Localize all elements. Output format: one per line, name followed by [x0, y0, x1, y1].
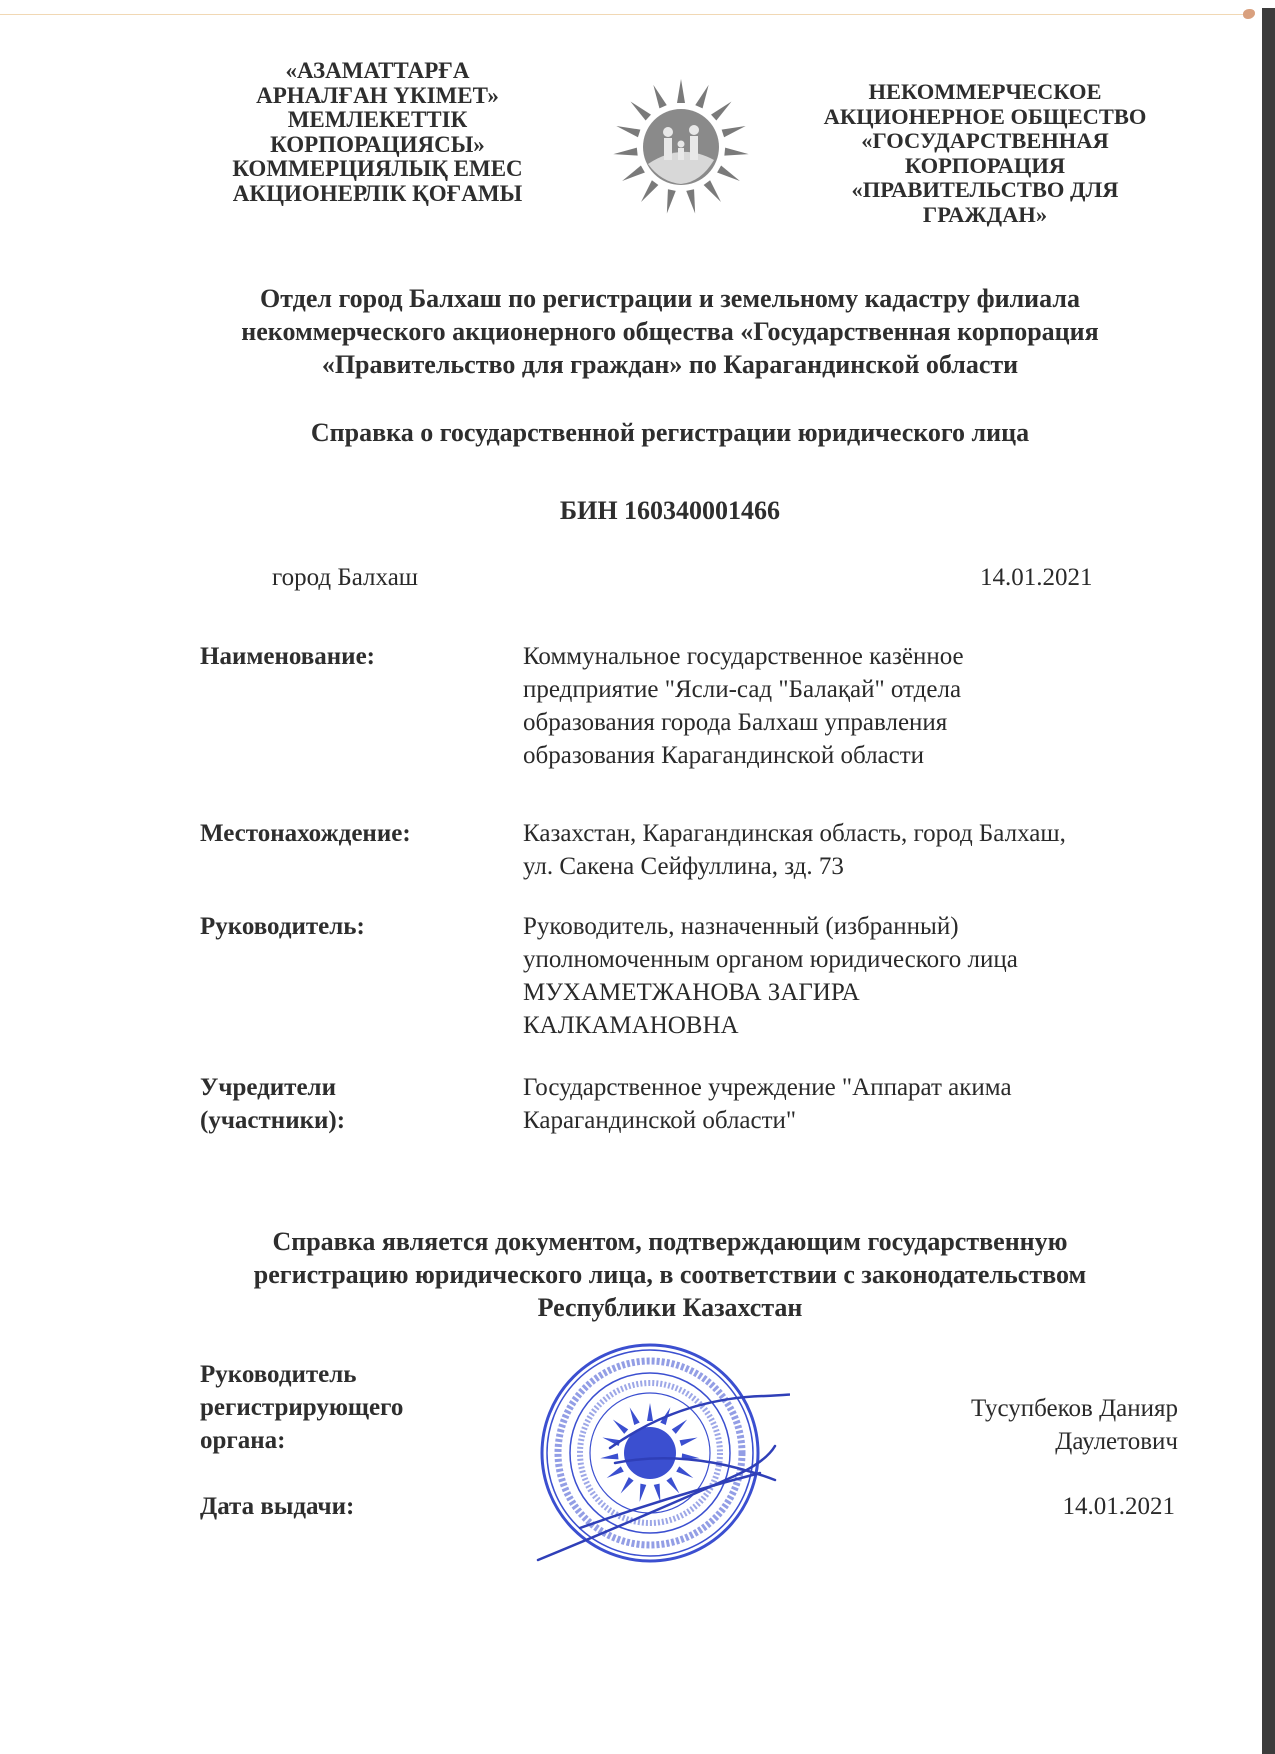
scan-top-edge-line — [0, 14, 1255, 15]
head-value-line: КАЛКАМАНОВНА — [523, 1009, 1143, 1042]
signatory-name-line: Тусупбеков Данияр — [971, 1392, 1178, 1425]
document-city: город Балхаш — [272, 564, 418, 592]
header-right-line: «ГОСУДАРСТВЕННАЯ — [790, 129, 1180, 154]
department-line: некоммерческого акционерного общества «Г… — [170, 315, 1170, 348]
legal-note: Справка является документом, подтверждаю… — [170, 1225, 1170, 1324]
founders-label-line: (участники): — [200, 1104, 345, 1137]
signatory-label: Руководитель регистрирующего органа: — [200, 1358, 403, 1457]
issue-date-label: Дата выдачи: — [200, 1493, 354, 1521]
department-line: Отдел город Балхаш по регистрации и земе… — [170, 282, 1170, 315]
signatory-name: Тусупбеков Данияр Даулетович — [971, 1392, 1178, 1458]
name-value: Коммунальное государственное казённое пр… — [523, 640, 1143, 772]
signatory-label-line: органа: — [200, 1424, 403, 1457]
issue-date-value: 14.01.2021 — [1063, 1493, 1176, 1521]
header-right-line: НЕКОММЕРЧЕСКОЕ — [790, 80, 1180, 105]
sun-family-logo-icon — [606, 72, 756, 222]
head-value-line: МУХАМЕТЖАНОВА ЗАГИРА — [523, 976, 1143, 1009]
legal-note-line: регистрацию юридического лица, в соответ… — [170, 1258, 1170, 1291]
bin-number: БИН 160340001466 — [170, 496, 1170, 526]
department-line: «Правительство для граждан» по Караганди… — [170, 348, 1170, 381]
founders-value: Государственное учреждение "Аппарат аким… — [523, 1071, 1143, 1137]
location-value-line: ул. Сакена Сейфуллина, зд. 73 — [523, 850, 1143, 883]
signatory-label-line: Руководитель — [200, 1358, 403, 1391]
official-stamp-icon — [520, 1328, 790, 1598]
header-right-line: ГРАЖДАН» — [790, 203, 1180, 228]
header-right-line: АКЦИОНЕРНОЕ ОБЩЕСТВО — [790, 105, 1180, 130]
founders-value-line: Карагандинской области" — [523, 1104, 1143, 1137]
head-value: Руководитель, назначенный (избранный) уп… — [523, 910, 1143, 1042]
signatory-label-line: регистрирующего — [200, 1391, 403, 1424]
head-label: Руководитель: — [200, 910, 365, 943]
scan-right-edge-band — [1262, 8, 1275, 1754]
location-value-line: Казахстан, Карагандинская область, город… — [523, 817, 1143, 850]
header-right-line: «ПРАВИТЕЛЬСТВО ДЛЯ — [790, 178, 1180, 203]
name-label: Наименование: — [200, 640, 375, 673]
name-value-line: образования города Балхаш управления — [523, 706, 1143, 739]
header-left-line: МЕМЛЕКЕТТІК — [200, 108, 555, 133]
location-label: Местонахождение: — [200, 817, 411, 850]
founders-label-line: Учредители — [200, 1071, 345, 1104]
header-right-line: КОРПОРАЦИЯ — [790, 154, 1180, 179]
name-value-line: Коммунальное государственное казённое — [523, 640, 1143, 673]
scan-corner-mark — [1243, 9, 1255, 19]
head-value-line: Руководитель, назначенный (избранный) — [523, 910, 1143, 943]
header-russian-org-name: НЕКОММЕРЧЕСКОЕ АКЦИОНЕРНОЕ ОБЩЕСТВО «ГОС… — [790, 80, 1180, 227]
header-left-line: АРНАЛҒАН ҮКІМЕТ» — [200, 84, 555, 109]
department-heading: Отдел город Балхаш по регистрации и земе… — [170, 282, 1170, 381]
founders-value-line: Государственное учреждение "Аппарат аким… — [523, 1071, 1143, 1104]
head-value-line: уполномоченным органом юридического лица — [523, 943, 1143, 976]
legal-note-line: Республики Казахстан — [170, 1291, 1170, 1324]
name-value-line: предприятие "Ясли-сад "Балақай" отдела — [523, 673, 1143, 706]
document-title: Справка о государственной регистрации юр… — [170, 418, 1170, 448]
founders-label: Учредители (участники): — [200, 1071, 345, 1137]
header-left-line: АКЦИОНЕРЛІК ҚОҒАМЫ — [200, 182, 555, 207]
document-date: 14.01.2021 — [980, 564, 1093, 592]
header-left-line: «АЗАМАТТАРҒА — [200, 59, 555, 84]
header-kazakh-org-name: «АЗАМАТТАРҒА АРНАЛҒАН ҮКІМЕТ» МЕМЛЕКЕТТІ… — [200, 59, 555, 206]
header-left-line: КОММЕРЦИЯЛЫҚ ЕМЕС — [200, 157, 555, 182]
legal-note-line: Справка является документом, подтверждаю… — [170, 1225, 1170, 1258]
name-value-line: образования Карагандинской области — [523, 739, 1143, 772]
signatory-name-line: Даулетович — [971, 1425, 1178, 1458]
header-left-line: КОРПОРАЦИЯСЫ» — [200, 133, 555, 158]
location-value: Казахстан, Карагандинская область, город… — [523, 817, 1143, 883]
